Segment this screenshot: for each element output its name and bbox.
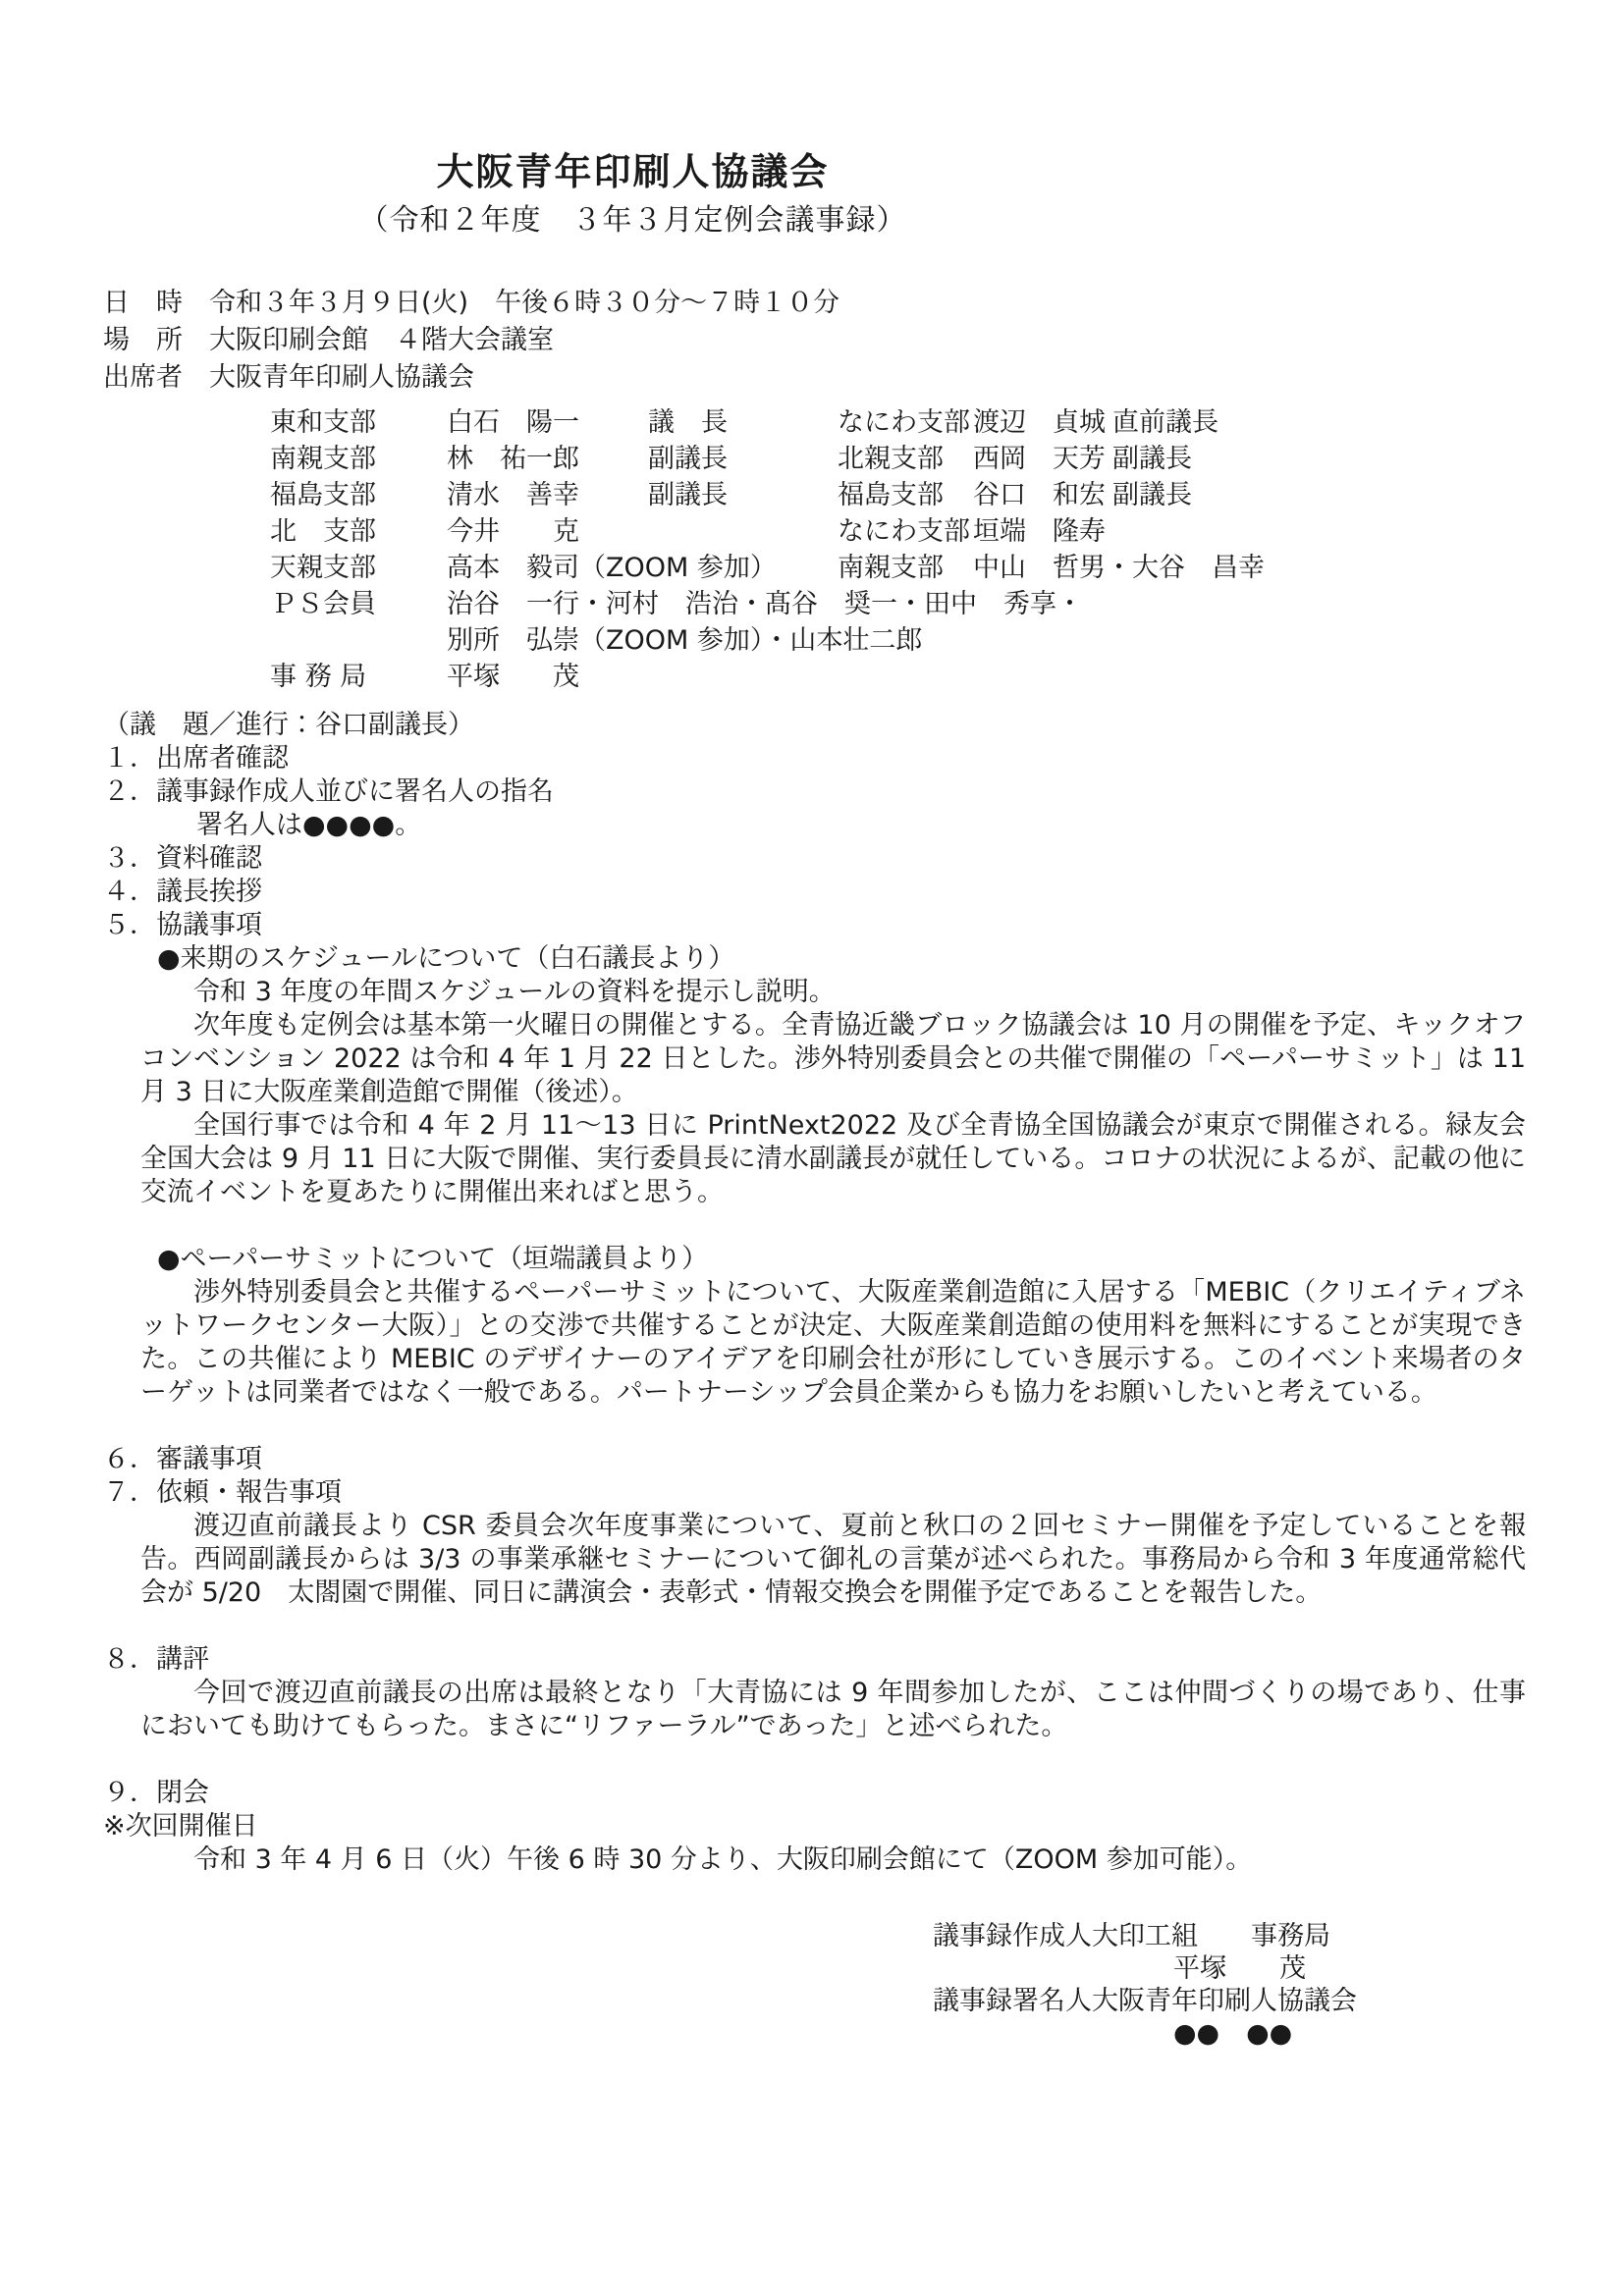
attendee-cell	[648, 513, 838, 550]
attendee-cell: 清水 善幸	[447, 477, 648, 513]
signature-section: 議事録作成人大印工組 事務局平塚 茂議事録署名人大阪青年印刷人協議会●● ●●	[933, 1920, 1526, 2050]
body-line-num: ９．閉会	[103, 1777, 1526, 1810]
meta-row: 出席者大阪青年印刷人協議会	[103, 359, 1526, 397]
attendee-cell: 直前議長	[1112, 404, 1526, 441]
body-line-bullet: ●ペーパーサミットについて（垣端議員より）	[157, 1243, 1526, 1276]
body-line-gap	[103, 1610, 1526, 1643]
meta-value: 大阪印刷会館 ４階大会議室	[209, 325, 554, 355]
body-line-plain: ※次回開催日	[103, 1810, 1526, 1843]
attendee-cell: 南親支部	[838, 550, 973, 586]
attendee-cell	[838, 622, 973, 659]
attendee-cell: 別所 弘崇（ZOOM 参加）・山本壮二郎	[447, 622, 648, 659]
attendee-cell	[838, 586, 973, 622]
attendee-cell: 天親支部	[270, 550, 447, 586]
attendee-cell: 高本 毅司（ZOOM 参加）	[447, 550, 648, 586]
signature-row: 議事録作成人大印工組 事務局	[933, 1920, 1526, 1952]
attendee-cell: 北 支部	[270, 513, 447, 550]
attendees-section: 東和支部白石 陽一議 長なにわ支部渡辺 貞城直前議長南親支部林 祐一郎副議長北親…	[270, 404, 1526, 695]
attendee-cell: 副議長	[1112, 441, 1526, 477]
signature-row: ●● ●●	[933, 2017, 1526, 2050]
attendee-cell: 今井 克	[447, 513, 648, 550]
attendee-cell: 西岡 天芳	[973, 441, 1112, 477]
attendee-row: ＰＳ会員治谷 一行・河村 浩治・髙谷 奨一・田中 秀享・	[270, 586, 1526, 622]
meta-label: 出席者	[103, 359, 209, 397]
body-line-bullet: ●来期のスケジュールについて（白石議長より）	[157, 942, 1526, 976]
meta-label: 場 所	[103, 322, 209, 359]
body-line-num: ５．協議事項	[103, 909, 1526, 942]
body-line-para: 渡辺直前議長より CSR 委員会次年度事業について、夏前と秋口の２回セミナー開催…	[140, 1510, 1526, 1610]
body-line-para: 令和 3 年 4 月 6 日（火）午後 6 時 30 分より、大阪印刷会館にて（…	[140, 1843, 1526, 1877]
attendee-cell	[1112, 586, 1526, 622]
body-line-num: ６．審議事項	[103, 1443, 1526, 1476]
attendee-cell: 議 長	[648, 404, 838, 441]
attendee-cell	[1112, 659, 1526, 695]
attendee-row: 福島支部清水 善幸副議長福島支部谷口 和宏副議長	[270, 477, 1526, 513]
signature-row: 議事録署名人大阪青年印刷人協議会	[933, 1985, 1526, 2017]
body-line-gap	[103, 1743, 1526, 1777]
attendee-cell: ＰＳ会員	[270, 586, 447, 622]
body-line-sub: 署名人は●●●●。	[196, 809, 1526, 842]
attendee-cell	[1112, 550, 1526, 586]
signature-value: 大阪青年印刷人協議会	[1092, 1986, 1357, 2016]
meta-label: 日 時	[103, 285, 209, 322]
attendee-cell: 東和支部	[270, 404, 447, 441]
attendee-cell: 副議長	[648, 477, 838, 513]
signature-row: 平塚 茂	[933, 1952, 1526, 1985]
signature-label: 議事録署名人	[933, 1985, 1092, 2017]
attendee-cell: 北親支部	[838, 441, 973, 477]
attendee-cell: 治谷 一行・河村 浩治・髙谷 奨一・田中 秀享・	[447, 586, 648, 622]
signature-label: 議事録作成人	[933, 1920, 1092, 1952]
document-header: 大阪青年印刷人協議会 （令和２年度 ３年３月定例会議事録）	[103, 147, 1526, 241]
body-line-para: 全国行事では令和 4 年 2 月 11～13 日に PrintNext2022 …	[140, 1109, 1526, 1209]
attendee-cell: 平塚 茂	[447, 659, 648, 695]
document-title: 大阪青年印刷人協議会	[103, 147, 1163, 196]
meta-value: 令和３年３月９日(火) 午後６時３０分～７時１０分	[209, 288, 839, 318]
attendee-cell: 副議長	[648, 441, 838, 477]
attendee-cell	[270, 622, 447, 659]
signature-value: ●● ●●	[1173, 2018, 1292, 2049]
attendee-cell	[648, 622, 838, 659]
body-line-para: 次年度も定例会は基本第一火曜日の開催とする。全青協近畿ブロック協議会は 10 月…	[140, 1009, 1526, 1109]
meta-section: 日 時令和３年３月９日(火) 午後６時３０分～７時１０分場 所大阪印刷会館 ４階…	[103, 285, 1526, 397]
meta-value: 大阪青年印刷人協議会	[209, 362, 474, 393]
document-content: 大阪青年印刷人協議会 （令和２年度 ３年３月定例会議事録） 日 時令和３年３月９…	[0, 0, 1624, 2050]
attendee-cell	[648, 659, 838, 695]
attendee-cell	[973, 659, 1112, 695]
attendee-cell: 南親支部	[270, 441, 447, 477]
attendee-cell: 福島支部	[838, 477, 973, 513]
body-section: （議 題／進行：谷口副議長）１．出席者確認２．議事録作成人並びに署名人の指名署名…	[103, 709, 1526, 1877]
meta-row: 日 時令和３年３月９日(火) 午後６時３０分～７時１０分	[103, 285, 1526, 322]
signature-value: 平塚 茂	[1173, 1953, 1306, 1984]
attendee-row: 北 支部今井 克なにわ支部垣端 隆寿	[270, 513, 1526, 550]
body-line-num: ３．資料確認	[103, 842, 1526, 876]
body-line-plain: （議 題／進行：谷口副議長）	[103, 709, 1526, 742]
attendee-cell	[838, 659, 973, 695]
body-line-num: ８．講評	[103, 1643, 1526, 1677]
body-line-gap	[103, 1410, 1526, 1443]
attendee-row: 別所 弘崇（ZOOM 参加）・山本壮二郎	[270, 622, 1526, 659]
attendee-cell	[648, 586, 838, 622]
attendee-cell: なにわ支部	[838, 513, 973, 550]
attendee-row: 東和支部白石 陽一議 長なにわ支部渡辺 貞城直前議長	[270, 404, 1526, 441]
attendee-cell	[973, 622, 1112, 659]
attendee-row: 天親支部高本 毅司（ZOOM 参加）南親支部中山 哲男・大谷 昌幸	[270, 550, 1526, 586]
signature-value: 大印工組 事務局	[1092, 1921, 1330, 1951]
attendee-cell: 副議長	[1112, 477, 1526, 513]
attendee-cell: 福島支部	[270, 477, 447, 513]
attendee-cell: 谷口 和宏	[973, 477, 1112, 513]
attendee-cell	[973, 586, 1112, 622]
attendee-cell: 事 務 局	[270, 659, 447, 695]
attendee-cell: 渡辺 貞城	[973, 404, 1112, 441]
body-line-num: １．出席者確認	[103, 742, 1526, 775]
body-line-num: ７．依頼・報告事項	[103, 1476, 1526, 1510]
attendee-cell: なにわ支部	[838, 404, 973, 441]
body-line-num: ２．議事録作成人並びに署名人の指名	[103, 775, 1526, 809]
attendee-cell: 林 祐一郎	[447, 441, 648, 477]
attendee-row: 事 務 局平塚 茂	[270, 659, 1526, 695]
body-line-para: 渉外特別委員会と共催するペーパーサミットについて、大阪産業創造館に入居する「ME…	[140, 1276, 1526, 1410]
attendee-cell: 中山 哲男・大谷 昌幸	[973, 550, 1112, 586]
attendee-cell: 垣端 隆寿	[973, 513, 1112, 550]
meta-row: 場 所大阪印刷会館 ４階大会議室	[103, 322, 1526, 359]
document-page: 大阪青年印刷人協議会 （令和２年度 ３年３月定例会議事録） 日 時令和３年３月９…	[0, 0, 1624, 2296]
attendee-cell: 白石 陽一	[447, 404, 648, 441]
attendee-row: 南親支部林 祐一郎副議長北親支部西岡 天芳副議長	[270, 441, 1526, 477]
body-line-para: 今回で渡辺直前議長の出席は最終となり「大青協には 9 年間参加したが、ここは仲間…	[140, 1677, 1526, 1743]
attendee-cell	[648, 550, 838, 586]
document-subtitle: （令和２年度 ３年３月定例会議事録）	[103, 200, 1163, 241]
body-line-gap	[103, 1209, 1526, 1243]
body-line-num: ４．議長挨拶	[103, 876, 1526, 909]
body-line-para: 令和 3 年度の年間スケジュールの資料を提示し説明。	[140, 976, 1526, 1009]
attendee-cell	[1112, 622, 1526, 659]
attendee-cell	[1112, 513, 1526, 550]
